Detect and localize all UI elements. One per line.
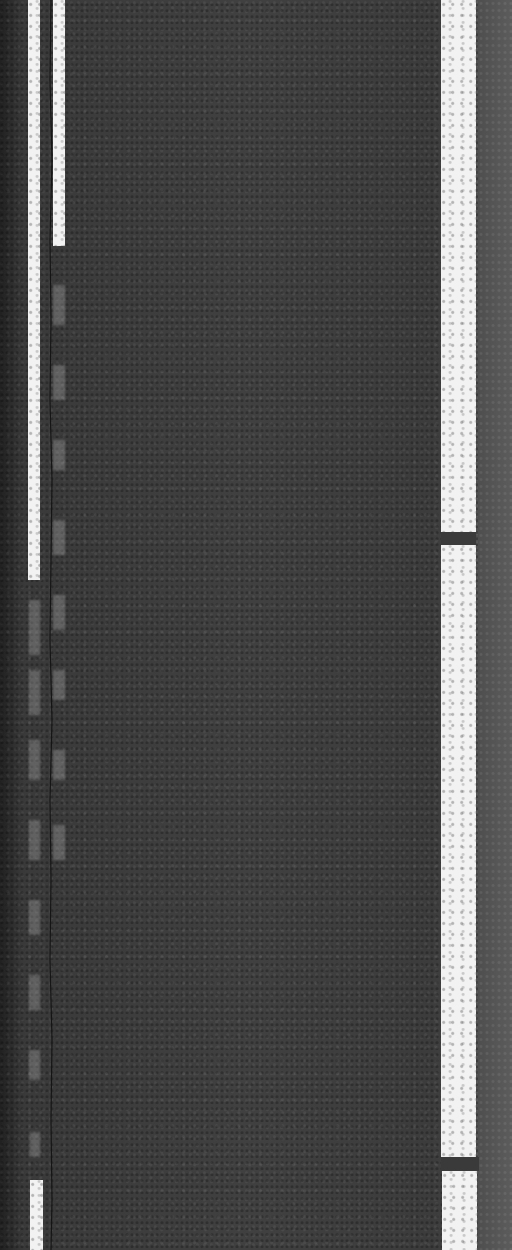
right-edge-line-segment <box>441 545 476 1157</box>
right-shoulder <box>478 0 512 1250</box>
left-outer-line-faded-dash <box>29 740 40 780</box>
right-edge-line-segment <box>442 1171 477 1250</box>
left-outer-line-faded-dash <box>29 975 40 1010</box>
left-outer-line-faded-dash <box>29 600 40 655</box>
right-edge-line-segment <box>441 0 476 532</box>
left-outer-line-faded-dash <box>29 900 40 935</box>
road-surface-photo <box>0 0 512 1250</box>
right-edge-line-break <box>441 1157 479 1171</box>
left-outer-line-faded-dash <box>30 1132 40 1157</box>
left-outer-line-faded-dash <box>29 670 40 715</box>
left-outer-line-faded-dash <box>29 820 40 860</box>
left-outer-line-solid-bottom <box>30 1180 43 1250</box>
longitudinal-crack <box>49 0 52 1250</box>
left-outer-line-solid-top <box>28 0 40 580</box>
right-edge-line-break <box>441 532 476 545</box>
left-outer-line-faded-dash <box>29 1050 40 1080</box>
left-shoulder <box>0 0 26 1250</box>
